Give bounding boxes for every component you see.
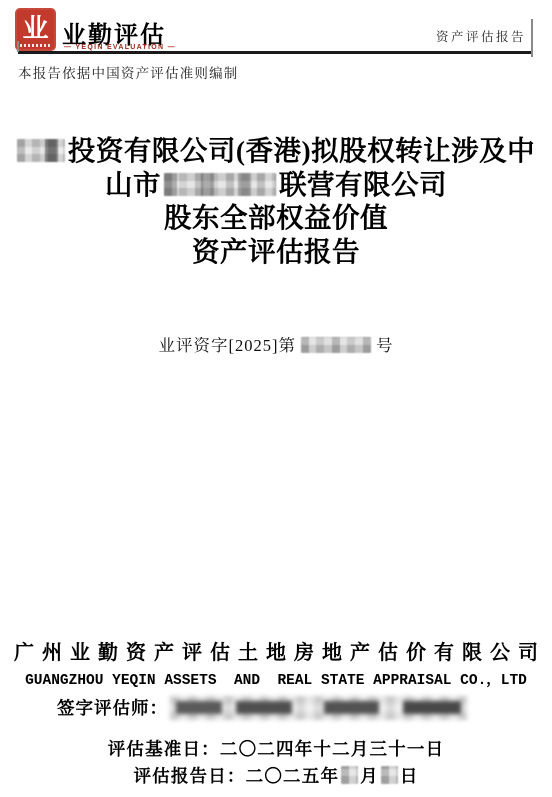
redacted-block [164, 173, 276, 196]
document-number-suffix: 号 [376, 336, 394, 355]
report-title: 投资有限公司(香港)拟股权转让涉及中 山市联营有限公司 股东全部权益价值 资产评… [0, 134, 552, 268]
report-date-day-char: 日 [400, 766, 419, 786]
redacted-block [381, 766, 398, 784]
report-date-label: 评估报告日： [133, 766, 245, 786]
redacted-signer-names [170, 696, 467, 720]
redacted-block [17, 139, 65, 162]
valuation-base-date-line: 评估基准日：二〇二四年十二月三十一日 [0, 736, 552, 761]
header-left-border-tick [17, 41, 19, 52]
brand-tagline: — YEQIN EVALUATION — [64, 44, 176, 51]
title-line-2-prefix: 山市 [105, 169, 161, 200]
title-line-4: 资产评估报告 [0, 235, 552, 269]
title-line-1-text: 投资有限公司(香港)拟股权转让涉及中 [68, 135, 535, 166]
report-date-year: 二〇二五年 [246, 766, 340, 786]
document-number-line: 业评资字[2025]第号 [0, 332, 552, 356]
header-corner-label: 资产评估报告 [436, 27, 526, 45]
yeqin-seal-logo-icon: 业 [15, 8, 56, 51]
title-line-2-suffix: 联营有限公司 [279, 169, 447, 200]
company-name-cn: 广州业勤资产评估土地房地产估价有限公司 [0, 636, 552, 665]
signer-label: 签字评估师： [57, 695, 168, 720]
report-date-line: 评估报告日：二〇二五年月日 [0, 763, 552, 788]
title-line-2: 山市联营有限公司 [0, 168, 552, 202]
company-name-en: GUANGZHOU YEQIN ASSETS AND REAL STATE AP… [0, 668, 552, 689]
header-right-border-line [531, 19, 533, 57]
title-line-3: 股东全部权益价值 [0, 201, 552, 235]
report-date-month-char: 月 [360, 766, 379, 786]
base-date-value: 二〇二四年十二月三十一日 [220, 739, 444, 759]
seal-bottom-text-band [20, 44, 51, 47]
title-line-1: 投资有限公司(香港)拟股权转让涉及中 [0, 134, 552, 168]
signer-line: 签字评估师： [0, 695, 538, 720]
appraisal-report-cover-page: 业 业勤评估 — YEQIN EVALUATION — 资产评估报告 本报告依据… [0, 0, 552, 797]
header-divider-rule [18, 51, 531, 54]
base-date-label: 评估基准日： [108, 739, 220, 759]
document-number-prefix: 业评资字[2025]第 [159, 336, 297, 355]
redacted-block [341, 766, 358, 784]
redacted-block [301, 337, 371, 353]
compliance-note: 本报告依据中国资产评估准则编制 [18, 62, 239, 82]
seal-character: 业 [22, 15, 48, 41]
